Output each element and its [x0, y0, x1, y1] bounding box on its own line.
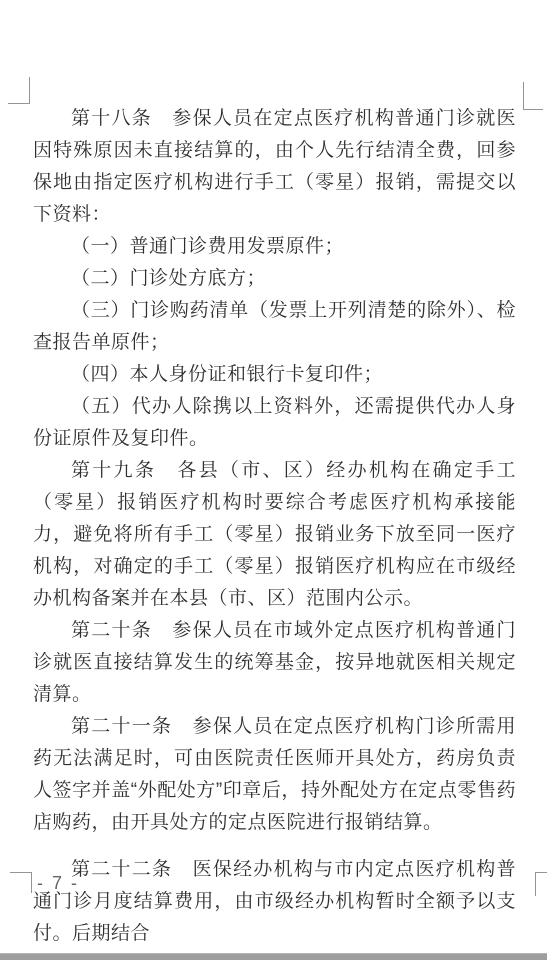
article-19: 第十九条 各县（市、区）经办机构在确定手工（零星）报销医疗机构时要综合考虑医疗机… [33, 455, 516, 615]
article-18-item-4: （四）本人身份证和银行卡复印件； [33, 359, 516, 391]
document-page: 第十八条 参保人员在定点医疗机构普通门诊就医因特殊原因未直接结算的，由个人先行结… [0, 0, 547, 960]
article-18-item-2: （二）门诊处方底方； [33, 263, 516, 295]
crop-mark-bottom-left [10, 872, 32, 893]
page-number: - 7 - [37, 871, 79, 895]
crop-mark-bottom-right [535, 872, 547, 896]
bottom-bar [0, 953, 547, 960]
article-18-item-5: （五）代办人除携以上资料外，还需提供代办人身份证原件及复印件。 [33, 391, 516, 455]
article-18: 第十八条 参保人员在定点医疗机构普通门诊就医因特殊原因未直接结算的，由个人先行结… [33, 103, 516, 231]
article-22: 第二十二条 医保经办机构与市内定点医疗机构普通门诊月度结算费用，由市级经办机构暂… [33, 854, 516, 950]
crop-mark-top-right [523, 82, 543, 110]
document-body: 第十八条 参保人员在定点医疗机构普通门诊就医因特殊原因未直接结算的，由个人先行结… [33, 103, 516, 950]
crop-mark-top-left [8, 77, 30, 104]
article-18-item-1: （一）普通门诊费用发票原件； [33, 231, 516, 263]
article-18-item-3: （三）门诊购药清单（发票上开列清楚的除外）、检查报告单原件； [33, 295, 516, 359]
article-21: 第二十一条 参保人员在定点医疗机构门诊所需用药无法满足时，可由医院责任医师开具处… [33, 711, 516, 839]
article-20: 第二十条 参保人员在市域外定点医疗机构普通门诊就医直接结算发生的统筹基金，按异地… [33, 615, 516, 711]
